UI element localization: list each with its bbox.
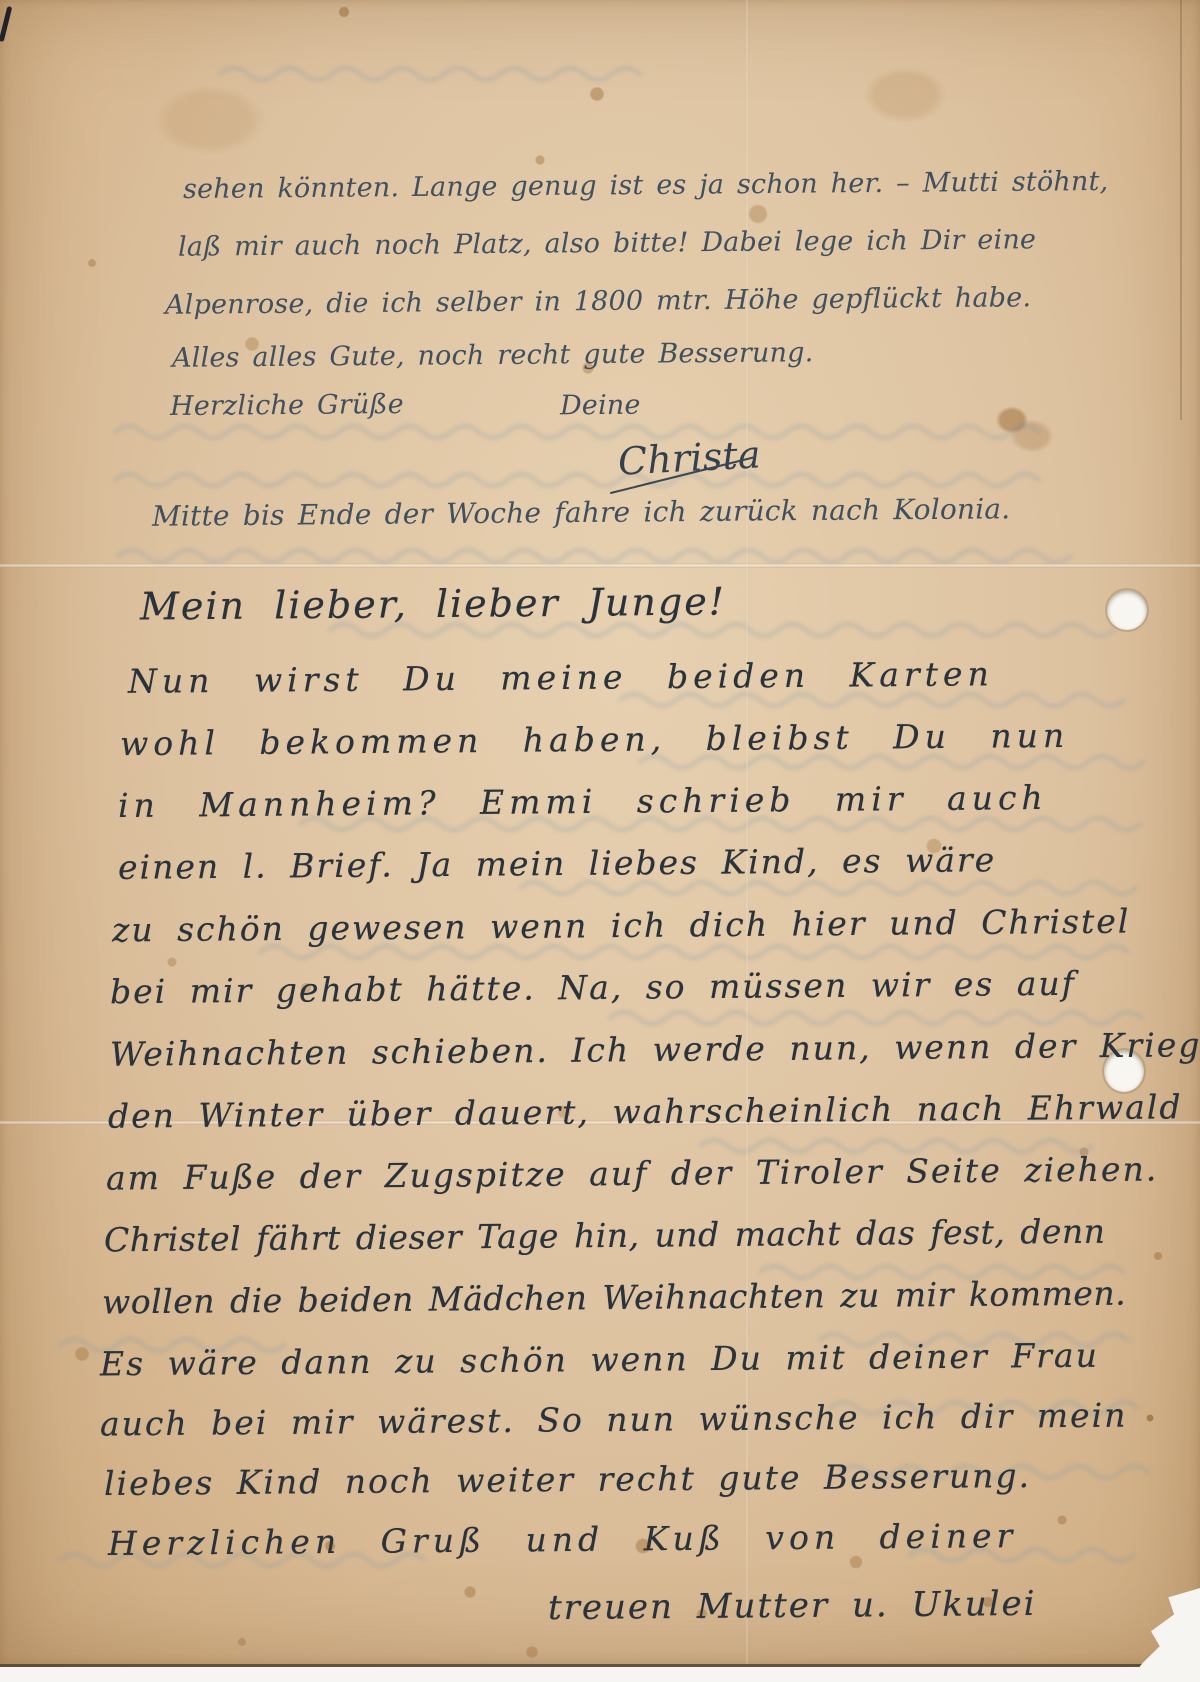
part2-line: Nun wirst Du meine beiden Karten	[128, 654, 994, 701]
part2-line: Es wäre dann zu schön wenn Du mit deiner…	[100, 1336, 1099, 1384]
punch-hole-top	[1107, 590, 1147, 630]
part1-line: Alpenrose, die ich selber in 1800 mtr. H…	[165, 282, 1031, 321]
part2-line: den Winter über dauert, wahrscheinlich n…	[108, 1087, 1183, 1135]
part2-line: wollen die beiden Mädchen Weihnachten zu…	[102, 1274, 1126, 1322]
part2-line: wohl bekommen haben, bleibst Du nun	[120, 716, 1069, 763]
fold-crease-horizontal-upper	[0, 563, 1200, 568]
part2-line: Herzlichen Gruß und Kuß von deiner	[108, 1516, 1018, 1563]
part2-line: am Fuße der Zugspitze auf der Tiroler Se…	[106, 1149, 1159, 1197]
part1-signature: Christa	[617, 432, 762, 483]
part1-closing: Herzliche Grüße	[170, 389, 404, 422]
scanner-background-strip	[0, 1667, 1200, 1682]
part1-postscript: Mitte bis Ende der Woche fahre ich zurüc…	[152, 492, 1011, 532]
part1-closing-name-intro: Deine	[560, 390, 641, 422]
part2-signature-line: treuen Mutter u. Ukulei	[548, 1584, 1037, 1628]
part2-line: bei mir gehabt hätte. Na, so müssen wir …	[110, 964, 1076, 1011]
part2-line: liebes Kind noch weiter recht gute Besse…	[104, 1456, 1031, 1503]
part2-line: Christel fährt dieser Tage hin, und mach…	[104, 1212, 1106, 1260]
part1-line: sehen könnten. Lange genug ist es ja sch…	[183, 166, 1109, 205]
part2-line: auch bei mir wärest. So nun wünsche ich …	[100, 1396, 1128, 1444]
scanned-letter: sehen könnten. Lange genug ist es ja sch…	[0, 0, 1200, 1682]
part2-line: Weihnachten schieben. Ich werde nun, wen…	[110, 1025, 1200, 1074]
part1-line: laß mir auch noch Platz, also bitte! Dab…	[178, 224, 1036, 262]
part1-line: Alles alles Gute, noch recht gute Besser…	[172, 337, 814, 374]
paper-edge-line	[1180, 0, 1182, 420]
pen-mark	[0, 6, 12, 42]
part2-line: einen l. Brief. Ja mein liebes Kind, es …	[118, 840, 997, 887]
letter-paper: sehen könnten. Lange genug ist es ja sch…	[0, 0, 1200, 1667]
part2-salutation: Mein lieber, lieber Junge!	[140, 579, 726, 628]
part2-line: zu schön gewesen wenn ich dich hier und …	[112, 902, 1131, 950]
part2-line: in Mannheim? Emmi schrieb mir auch	[118, 778, 1048, 825]
